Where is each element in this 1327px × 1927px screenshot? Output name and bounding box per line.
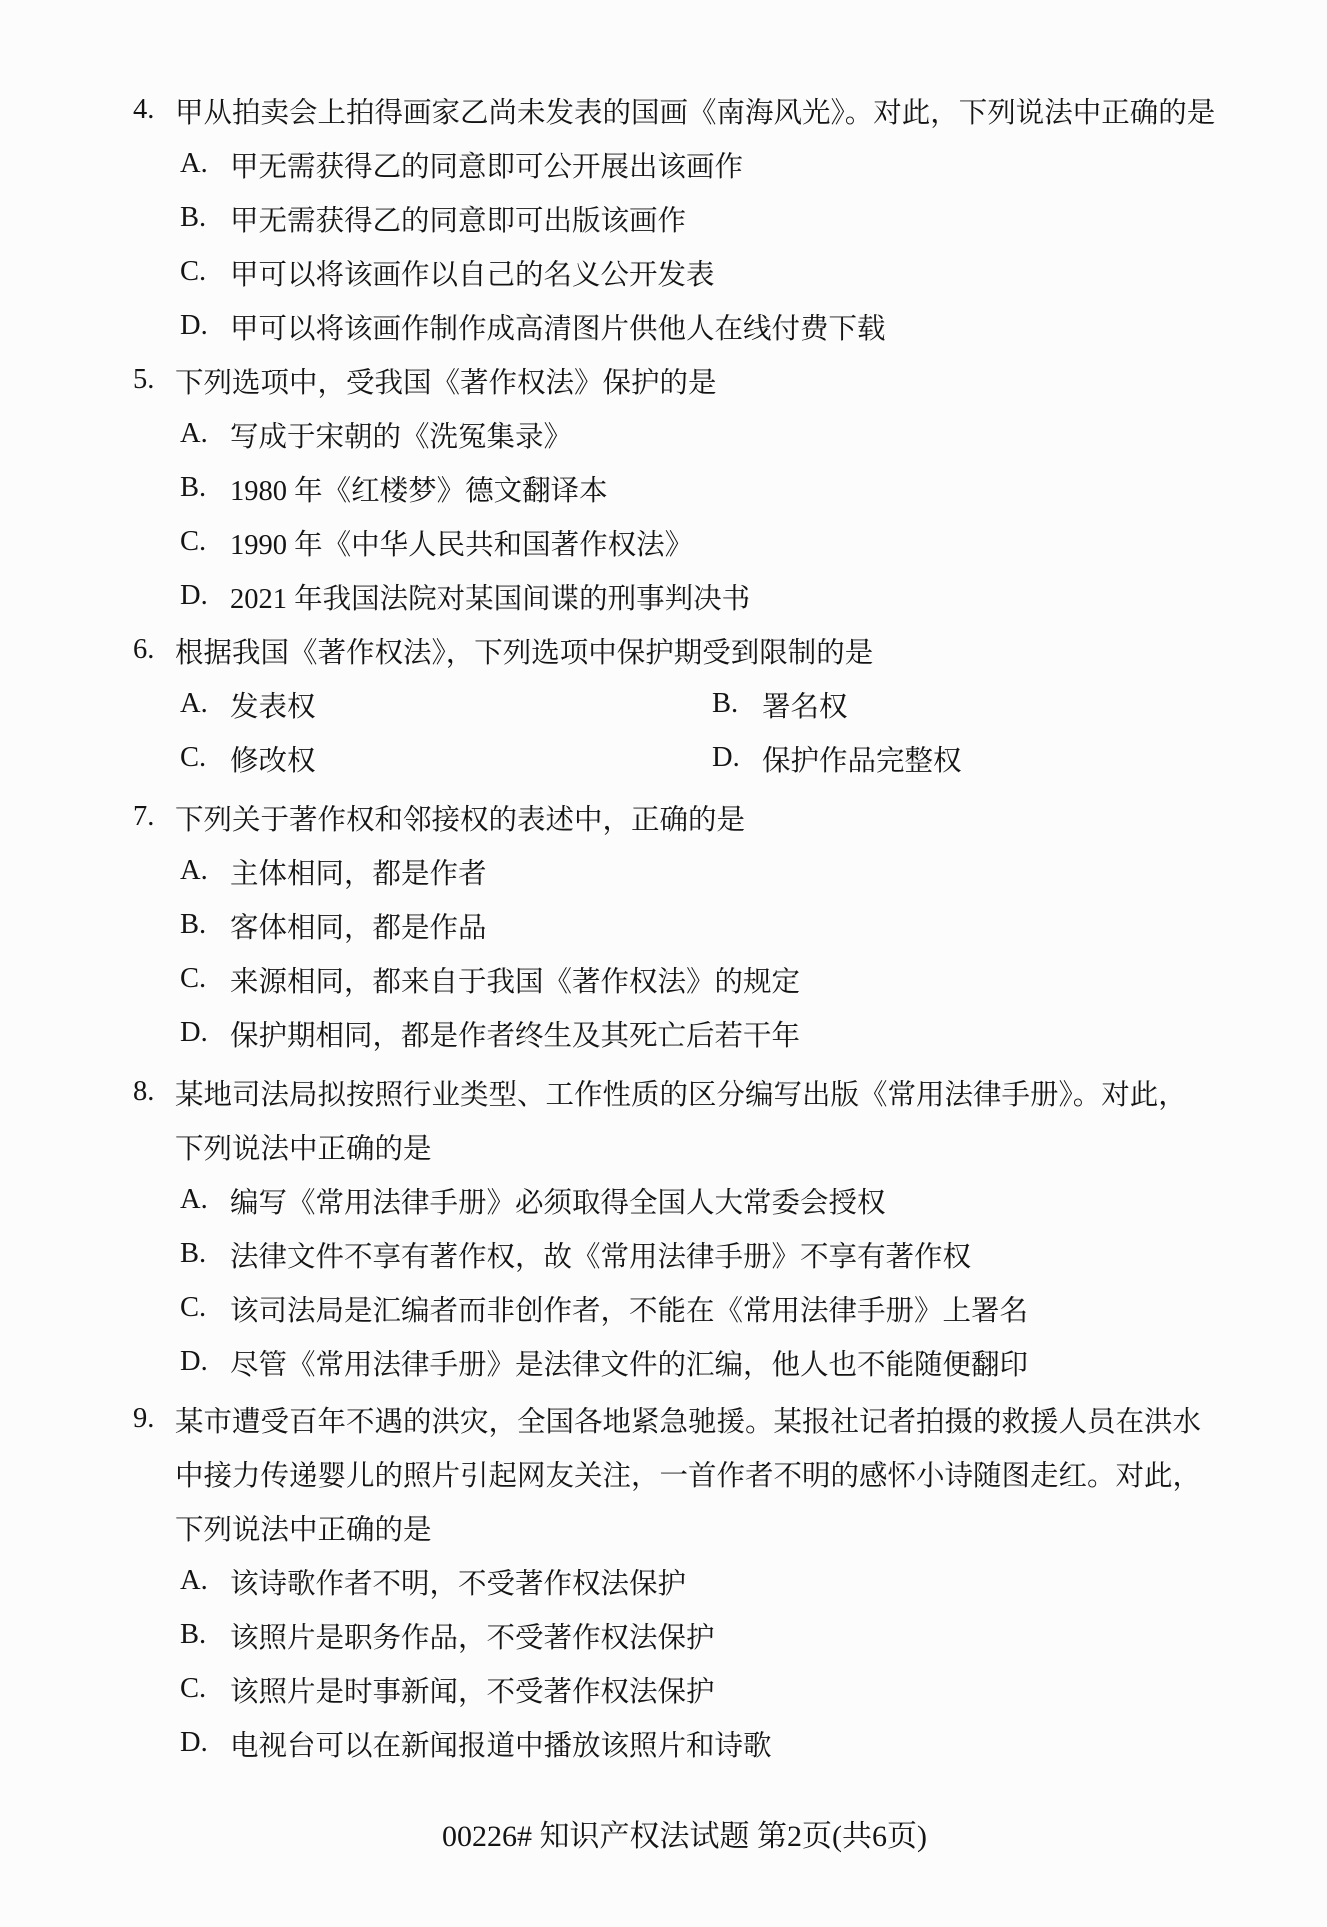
option-label: A. (180, 688, 230, 720)
option-text: 甲无需获得乙的同意即可公开展出该画作 (230, 144, 743, 185)
question-stem-row: 4. 甲从拍卖会上拍得画家乙尚未发表的国画《南海风光》。对此，下列说法中正确的是 (133, 83, 1327, 137)
option-text: 2021 年我国法院对某国间谍的刑事判决书 (230, 576, 750, 617)
question-8: 8. 某地司法局拟按照行业类型、工作性质的区分编写出版《常用法律手册》。对此， … (133, 1065, 1327, 1389)
question-number: 7. (133, 801, 175, 833)
option-label: D. (180, 1727, 230, 1759)
option-row: B. 该照片是职务作品，不受著作权法保护 (180, 1608, 1327, 1662)
question-stem-row: 5. 下列选项中，受我国《著作权法》保护的是 (133, 353, 1327, 407)
options-grid: A. 发表权 B. 署名权 C. 修改权 D. 保护作品完整权 (180, 677, 1327, 785)
question-number: 4. (133, 94, 175, 126)
option-label: A. (180, 148, 230, 180)
question-number: 6. (133, 634, 175, 666)
option-text: 甲无需获得乙的同意即可出版该画作 (230, 198, 686, 239)
question-7: 7. 下列关于著作权和邻接权的表述中，正确的是 A. 主体相同，都是作者 B. … (133, 790, 1327, 1060)
option-label: D. (180, 310, 230, 342)
option-row: D. 保护期相同，都是作者终生及其死亡后若干年 (180, 1006, 1327, 1060)
option-label: D. (712, 742, 762, 774)
exam-page: 4. 甲从拍卖会上拍得画家乙尚未发表的国画《南海风光》。对此，下列说法中正确的是… (0, 0, 1327, 1860)
option-text: 发表权 (230, 684, 316, 725)
question-stem: 某市遭受百年不遇的洪灾，全国各地紧急驰援。某报社记者拍摄的救援人员在洪水 (175, 1399, 1201, 1440)
question-stem-row: 8. 某地司法局拟按照行业类型、工作性质的区分编写出版《常用法律手册》。对此， (133, 1065, 1327, 1119)
question-stem-row: 9. 某市遭受百年不遇的洪灾，全国各地紧急驰援。某报社记者拍摄的救援人员在洪水 (133, 1392, 1327, 1446)
option-row: D. 尽管《常用法律手册》是法律文件的汇编，他人也不能随便翻印 (180, 1335, 1327, 1389)
question-stem-line-3: 下列说法中正确的是 (133, 1500, 1327, 1554)
option-label: B. (180, 909, 230, 941)
option-text: 保护作品完整权 (762, 738, 962, 779)
question-number: 5. (133, 364, 175, 396)
option-row: A. 编写《常用法律手册》必须取得全国人大常委会授权 (180, 1173, 1327, 1227)
option-text: 该照片是时事新闻，不受著作权法保护 (230, 1669, 715, 1710)
question-number: 9. (133, 1403, 175, 1435)
option-row: D. 保护作品完整权 (712, 731, 1327, 785)
question-stem-line-2: 中接力传递婴儿的照片引起网友关注，一首作者不明的感怀小诗随图走红。对此， (133, 1446, 1327, 1500)
option-text: 法律文件不享有著作权，故《常用法律手册》不享有著作权 (230, 1234, 971, 1275)
question-stem: 某地司法局拟按照行业类型、工作性质的区分编写出版《常用法律手册》。对此， (175, 1072, 1187, 1113)
option-label: C. (180, 256, 230, 288)
option-row: A. 该诗歌作者不明，不受著作权法保护 (180, 1554, 1327, 1608)
question-stem: 下列选项中，受我国《著作权法》保护的是 (175, 360, 717, 401)
option-label: B. (180, 472, 230, 504)
option-text: 该照片是职务作品，不受著作权法保护 (230, 1615, 715, 1656)
option-row: B. 1980 年《红楼梦》德文翻译本 (180, 461, 1327, 515)
option-label: B. (712, 688, 762, 720)
option-row: D. 电视台可以在新闻报道中播放该照片和诗歌 (180, 1716, 1327, 1770)
option-text: 1990 年《中华人民共和国著作权法》 (230, 522, 693, 563)
option-row: A. 写成于宋朝的《洗冤集录》 (180, 407, 1327, 461)
option-text: 该诗歌作者不明，不受著作权法保护 (230, 1561, 686, 1602)
option-label: C. (180, 742, 230, 774)
option-text: 甲可以将该画作制作成高清图片供他人在线付费下载 (230, 306, 886, 347)
option-text: 来源相同，都来自于我国《著作权法》的规定 (230, 959, 800, 1000)
question-6: 6. 根据我国《著作权法》，下列选项中保护期受到限制的是 A. 发表权 B. 署… (133, 623, 1327, 785)
option-row: B. 法律文件不享有著作权，故《常用法律手册》不享有著作权 (180, 1227, 1327, 1281)
question-4: 4. 甲从拍卖会上拍得画家乙尚未发表的国画《南海风光》。对此，下列说法中正确的是… (133, 83, 1327, 353)
option-label: C. (180, 1292, 230, 1324)
option-label: C. (180, 526, 230, 558)
option-label: D. (180, 1346, 230, 1378)
option-row: A. 甲无需获得乙的同意即可公开展出该画作 (180, 137, 1327, 191)
option-label: A. (180, 1565, 230, 1597)
option-text: 客体相同，都是作品 (230, 905, 487, 946)
option-label: C. (180, 963, 230, 995)
option-row: D. 甲可以将该画作制作成高清图片供他人在线付费下载 (180, 299, 1327, 353)
option-text: 编写《常用法律手册》必须取得全国人大常委会授权 (230, 1180, 886, 1221)
option-label: A. (180, 855, 230, 887)
question-stem-row: 6. 根据我国《著作权法》，下列选项中保护期受到限制的是 (133, 623, 1327, 677)
question-stem: 下列关于著作权和邻接权的表述中，正确的是 (175, 797, 745, 838)
option-row: B. 甲无需获得乙的同意即可出版该画作 (180, 191, 1327, 245)
question-stem-row: 7. 下列关于著作权和邻接权的表述中，正确的是 (133, 790, 1327, 844)
option-row: A. 主体相同，都是作者 (180, 844, 1327, 898)
option-text: 电视台可以在新闻报道中播放该照片和诗歌 (230, 1723, 772, 1764)
option-label: B. (180, 1238, 230, 1270)
option-text: 保护期相同，都是作者终生及其死亡后若干年 (230, 1013, 800, 1054)
option-text: 署名权 (762, 684, 848, 725)
option-text: 尽管《常用法律手册》是法律文件的汇编，他人也不能随便翻印 (230, 1342, 1028, 1383)
question-stem-line-2: 下列说法中正确的是 (133, 1119, 1327, 1173)
option-label: A. (180, 1184, 230, 1216)
option-text: 1980 年《红楼梦》德文翻译本 (230, 468, 608, 509)
option-text: 甲可以将该画作以自己的名义公开发表 (230, 252, 715, 293)
question-stem: 甲从拍卖会上拍得画家乙尚未发表的国画《南海风光》。对此，下列说法中正确的是 (175, 90, 1215, 131)
option-row: B. 署名权 (712, 677, 1327, 731)
option-row: C. 该照片是时事新闻，不受著作权法保护 (180, 1662, 1327, 1716)
question-9: 9. 某市遭受百年不遇的洪灾，全国各地紧急驰援。某报社记者拍摄的救援人员在洪水 … (133, 1392, 1327, 1770)
question-number: 8. (133, 1076, 175, 1108)
option-text: 主体相同，都是作者 (230, 851, 487, 892)
option-label: C. (180, 1673, 230, 1705)
option-label: B. (180, 202, 230, 234)
option-label: A. (180, 418, 230, 450)
option-row: B. 客体相同，都是作品 (180, 898, 1327, 952)
option-label: D. (180, 1017, 230, 1049)
option-text: 修改权 (230, 738, 316, 779)
option-text: 写成于宋朝的《洗冤集录》 (230, 414, 572, 455)
page-footer: 00226# 知识产权法试题 第2页(共6页) (0, 1806, 1327, 1860)
option-label: B. (180, 1619, 230, 1651)
option-text: 该司法局是汇编者而非创作者，不能在《常用法律手册》上署名 (230, 1288, 1028, 1329)
option-label: D. (180, 580, 230, 612)
option-row: C. 修改权 (180, 731, 712, 785)
option-row: C. 1990 年《中华人民共和国著作权法》 (180, 515, 1327, 569)
option-row: D. 2021 年我国法院对某国间谍的刑事判决书 (180, 569, 1327, 623)
question-stem: 根据我国《著作权法》，下列选项中保护期受到限制的是 (175, 630, 873, 671)
option-row: C. 来源相同，都来自于我国《著作权法》的规定 (180, 952, 1327, 1006)
option-row: A. 发表权 (180, 677, 712, 731)
option-row: C. 该司法局是汇编者而非创作者，不能在《常用法律手册》上署名 (180, 1281, 1327, 1335)
option-row: C. 甲可以将该画作以自己的名义公开发表 (180, 245, 1327, 299)
question-5: 5. 下列选项中，受我国《著作权法》保护的是 A. 写成于宋朝的《洗冤集录》 B… (133, 353, 1327, 623)
